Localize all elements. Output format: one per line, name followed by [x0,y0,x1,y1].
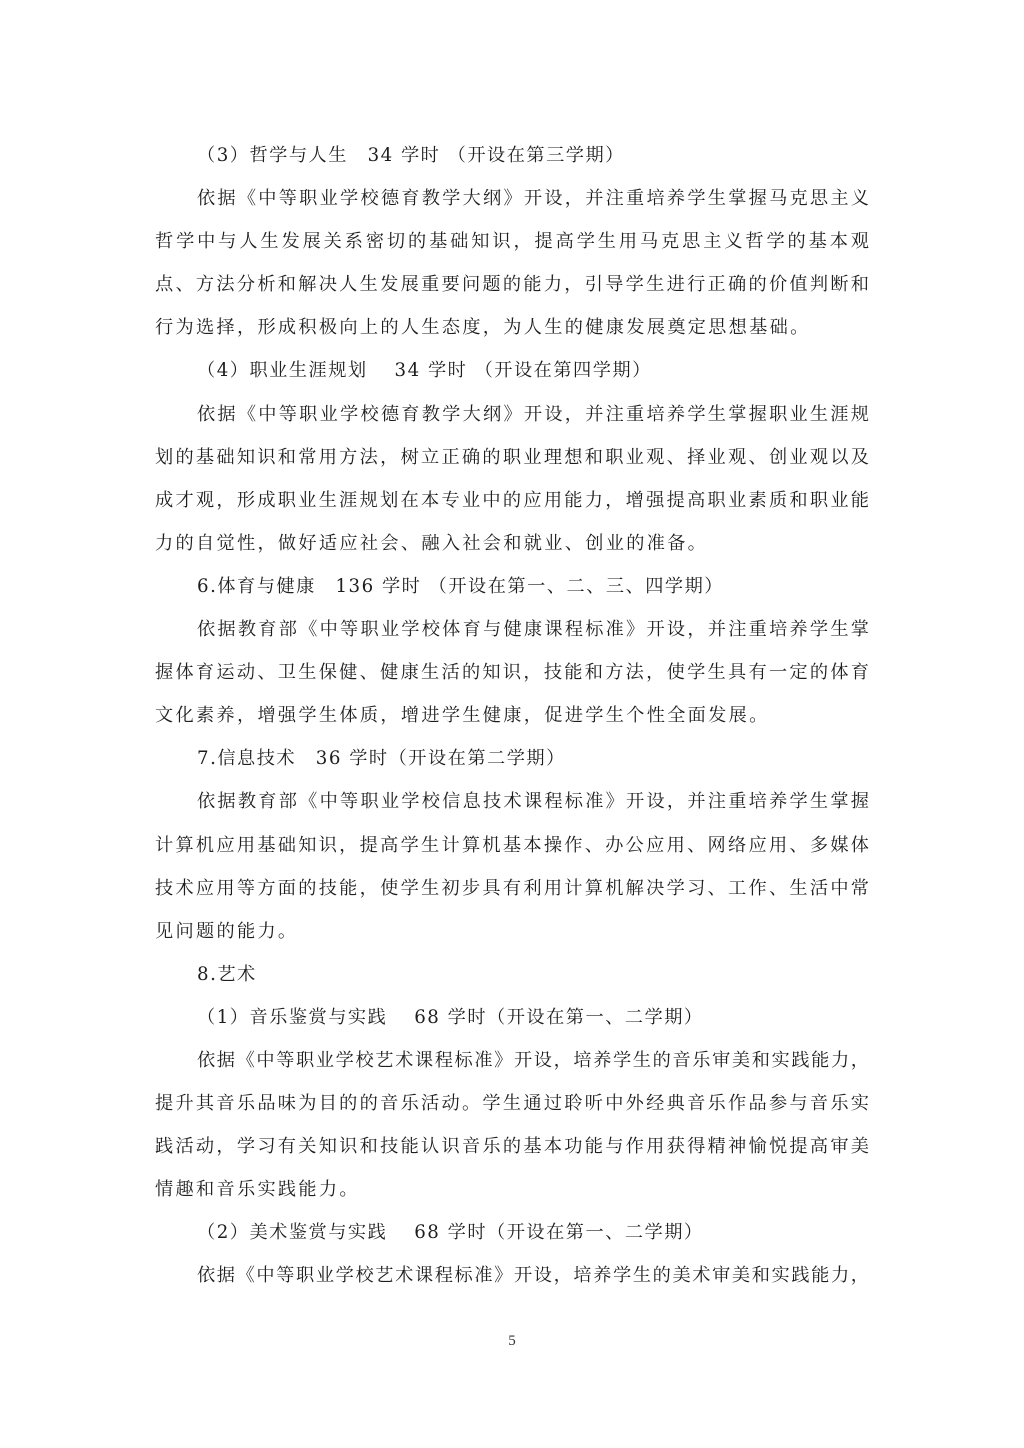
paragraph-line: 依据《中等职业学校艺术课程标准》开设，培养学生的美术审美和实践能力， [155,1254,869,1297]
paragraph-line: 行为选择，形成积极向上的人生态度，为人生的健康发展奠定思想基础。 [155,306,869,349]
paragraph-line: 计算机应用基础知识，提高学生计算机基本操作、办公应用、网络应用、多媒体 [155,824,869,867]
section-heading: 6.体育与健康 136 学时 （开设在第一、二、三、四学期） [155,565,869,608]
section-heading: （1）音乐鉴赏与实践 68 学时（开设在第一、二学期） [155,996,869,1039]
paragraph-line: 哲学中与人生发展关系密切的基础知识，提高学生用马克思主义哲学的基本观 [155,220,869,263]
section-heading: （4）职业生涯规划 34 学时 （开设在第四学期） [155,349,869,392]
section-career-planning: （4）职业生涯规划 34 学时 （开设在第四学期） 依据《中等职业学校德育教学大… [155,349,869,564]
paragraph-line: 技术应用等方面的技能，使学生初步具有利用计算机解决学习、工作、生活中常 [155,867,869,910]
paragraph-line: 力的自觉性，做好适应社会、融入社会和就业、创业的准备。 [155,522,869,565]
paragraph-line: 成才观，形成职业生涯规划在本专业中的应用能力，增强提高职业素质和职业能 [155,479,869,522]
paragraph-line: 握体育运动、卫生保健、健康生活的知识，技能和方法，使学生具有一定的体育 [155,651,869,694]
section-heading: （2）美术鉴赏与实践 68 学时（开设在第一、二学期） [155,1211,869,1254]
section-heading: 8.艺术 [155,953,869,996]
paragraph-line: 提升其音乐品味为目的的音乐活动。学生通过聆听中外经典音乐作品参与音乐实 [155,1082,869,1125]
section-arts: 8.艺术 [155,953,869,996]
paragraph-line: 践活动，学习有关知识和技能认识音乐的基本功能与作用获得精神愉悦提高审美 [155,1125,869,1168]
paragraph-line: 依据教育部《中等职业学校信息技术课程标准》开设，并注重培养学生掌握 [155,780,869,823]
paragraph-line: 情趣和音乐实践能力。 [155,1168,869,1211]
paragraph-line: 依据《中等职业学校德育教学大纲》开设，并注重培养学生掌握马克思主义 [155,177,869,220]
paragraph-line: 依据《中等职业学校艺术课程标准》开设，培养学生的音乐审美和实践能力， [155,1039,869,1082]
page-number: 5 [0,1333,1024,1350]
section-information-technology: 7.信息技术 36 学时（开设在第二学期） 依据教育部《中等职业学校信息技术课程… [155,737,869,952]
section-heading: 7.信息技术 36 学时（开设在第二学期） [155,737,869,780]
section-heading: （3）哲学与人生 34 学时 （开设在第三学期） [155,134,869,177]
section-art-appreciation: （2）美术鉴赏与实践 68 学时（开设在第一、二学期） 依据《中等职业学校艺术课… [155,1211,869,1297]
document-page: （3）哲学与人生 34 学时 （开设在第三学期） 依据《中等职业学校德育教学大纲… [155,134,869,1298]
section-philosophy-and-life: （3）哲学与人生 34 学时 （开设在第三学期） 依据《中等职业学校德育教学大纲… [155,134,869,349]
paragraph-line: 依据《中等职业学校德育教学大纲》开设，并注重培养学生掌握职业生涯规 [155,393,869,436]
paragraph-line: 点、方法分析和解决人生发展重要问题的能力，引导学生进行正确的价值判断和 [155,263,869,306]
paragraph-line: 划的基础知识和常用方法，树立正确的职业理想和职业观、择业观、创业观以及 [155,436,869,479]
paragraph-line: 见问题的能力。 [155,910,869,953]
paragraph-line: 依据教育部《中等职业学校体育与健康课程标准》开设，并注重培养学生掌 [155,608,869,651]
paragraph-line: 文化素养，增强学生体质，增进学生健康，促进学生个性全面发展。 [155,694,869,737]
section-music-appreciation: （1）音乐鉴赏与实践 68 学时（开设在第一、二学期） 依据《中等职业学校艺术课… [155,996,869,1211]
section-pe-and-health: 6.体育与健康 136 学时 （开设在第一、二、三、四学期） 依据教育部《中等职… [155,565,869,737]
